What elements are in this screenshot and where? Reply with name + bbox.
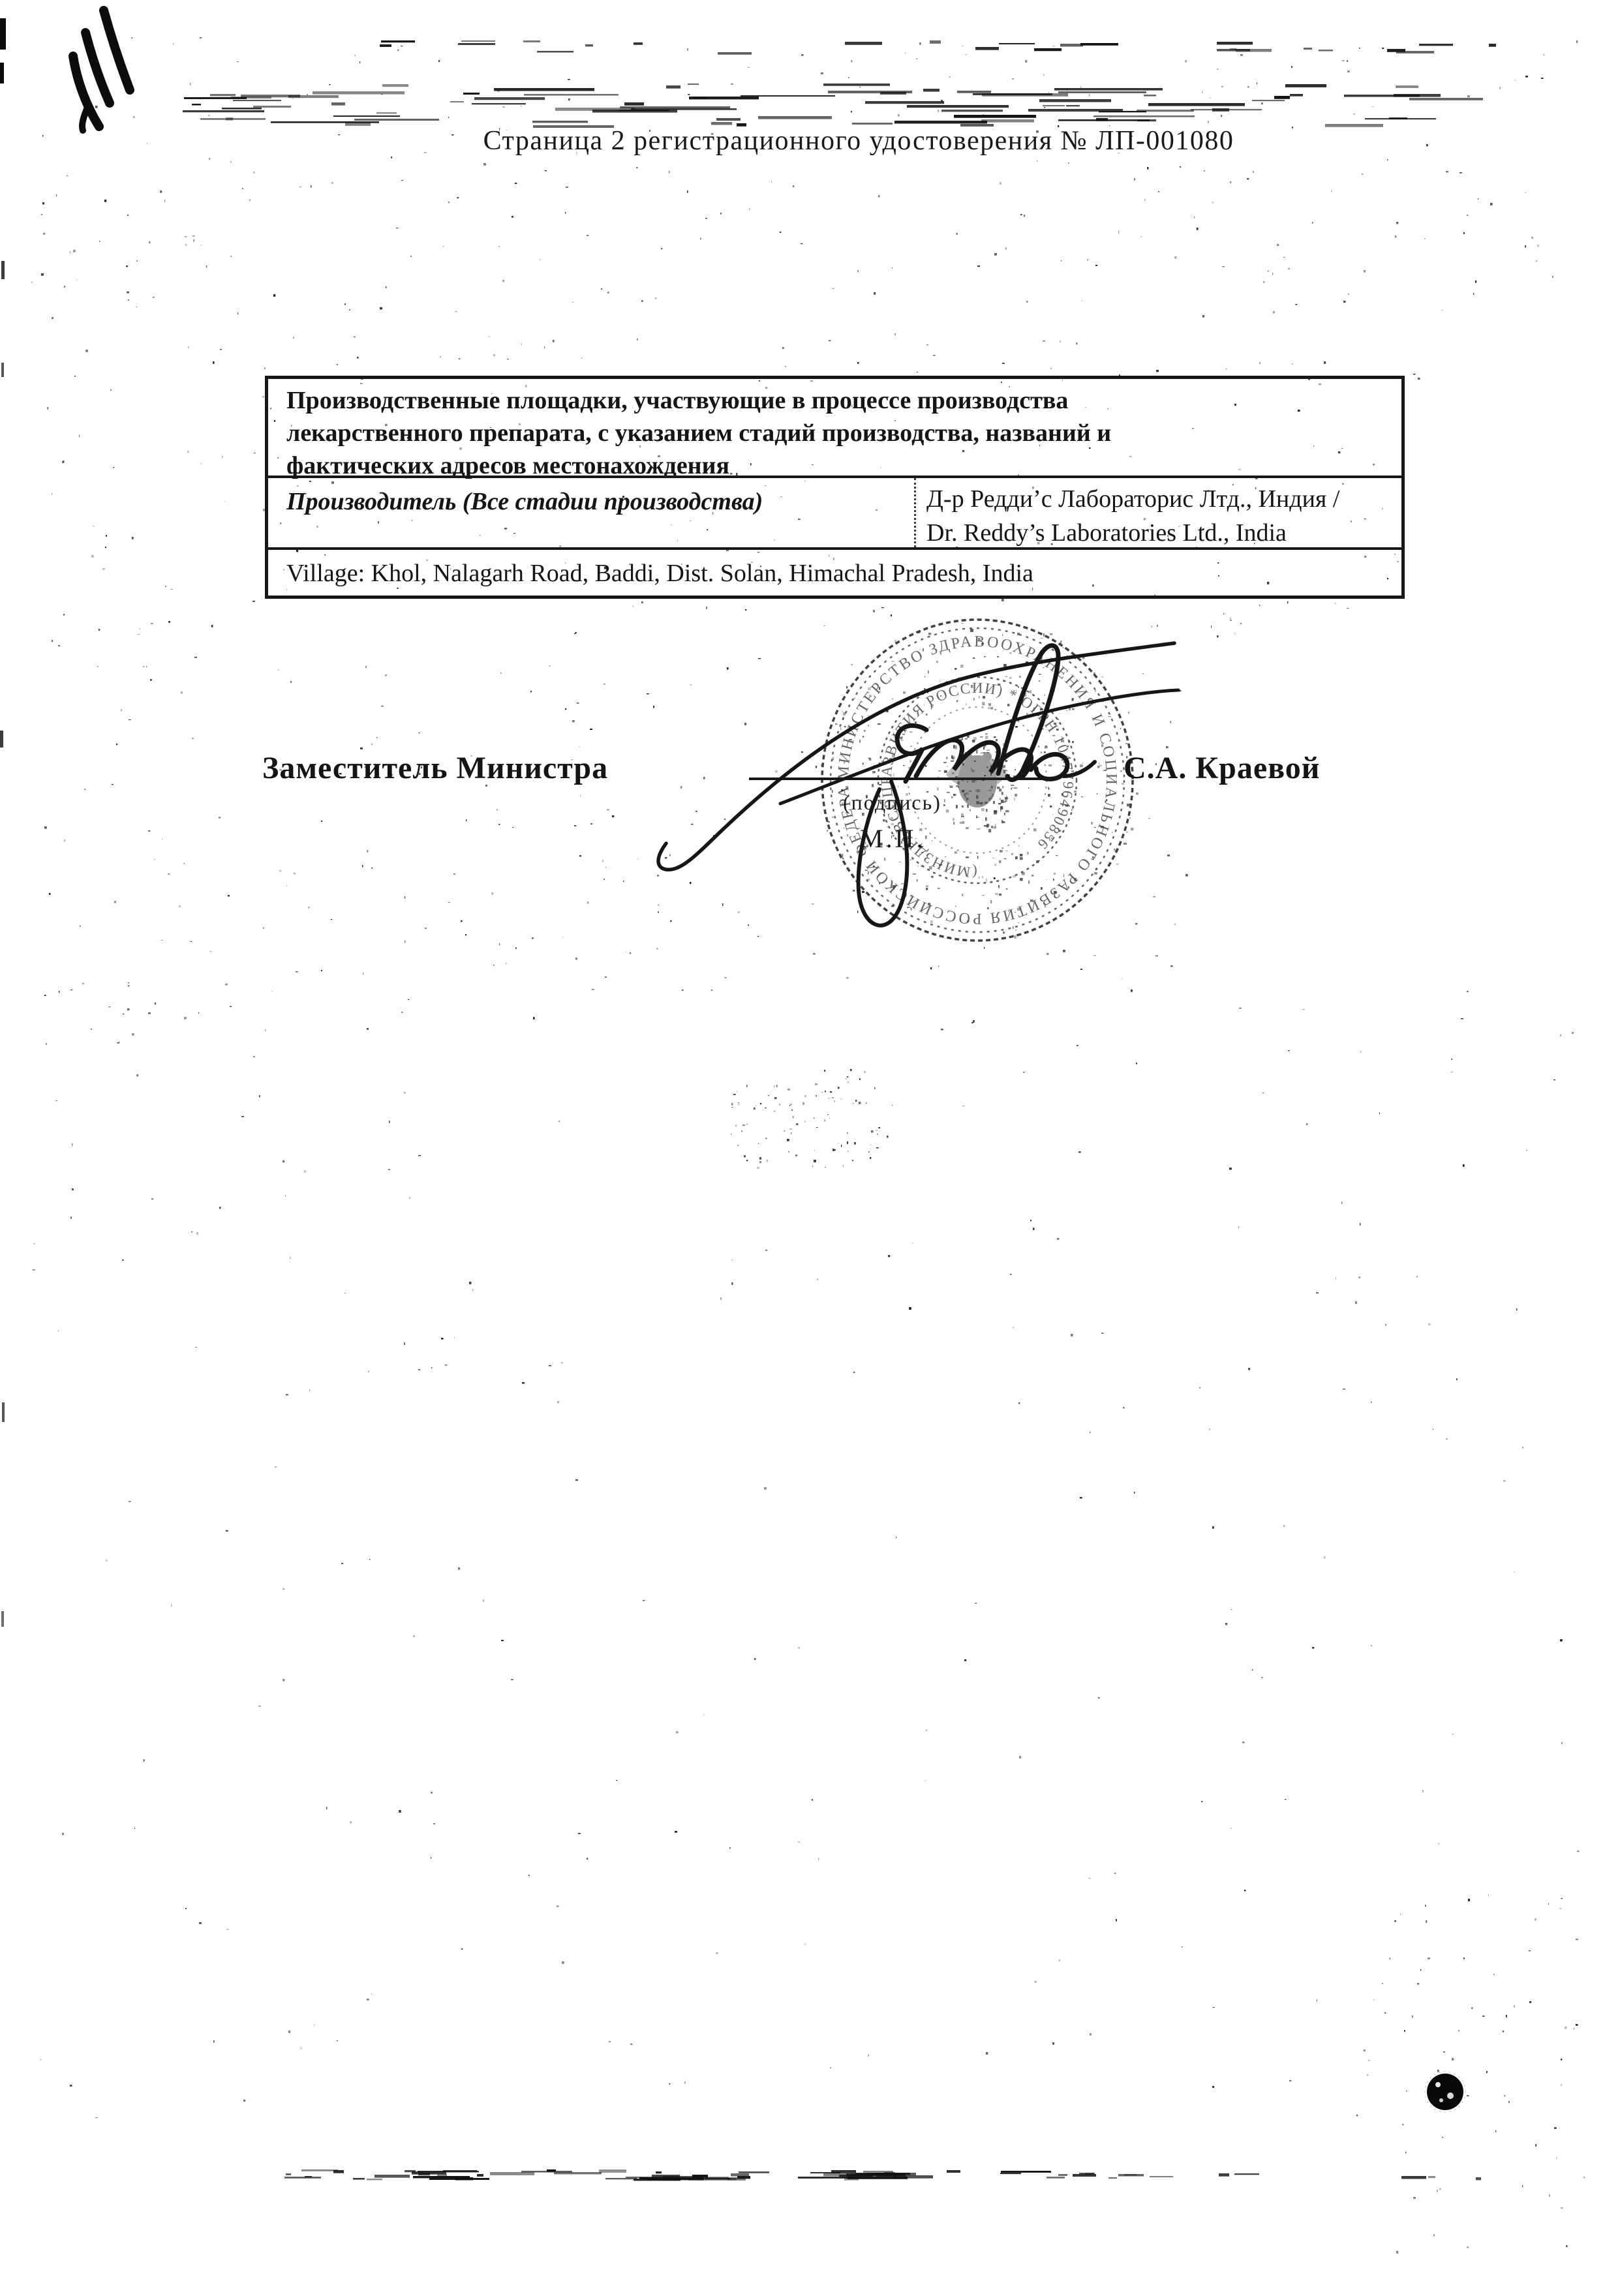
pen-marks <box>73 10 130 130</box>
signatory-name: С.А. Краевой <box>1123 750 1320 786</box>
scanned-certificate-page: Страница 2 регистрационного удостоверени… <box>0 0 1605 2296</box>
producer-value-cell: Д-р Редди’с Лабораторис Лтд., Индия / Dr… <box>914 478 1401 547</box>
signature-strokes <box>658 643 1178 926</box>
producer-name-en: Dr. Reddy’s Laboratories Ltd., India <box>926 516 1399 550</box>
scan-noise-bands <box>183 40 1496 2181</box>
signature-line <box>749 778 1054 780</box>
scan-noise-speckles <box>31 37 1585 2254</box>
signatory-title: Заместитель Министра <box>262 750 608 786</box>
production-sites-table: Производственные площадки, участвующие в… <box>265 376 1405 599</box>
punch-hole <box>1425 2072 1465 2112</box>
left-edge-marks <box>0 18 6 1627</box>
signature-caption: (подпись) <box>843 791 941 815</box>
producer-name-ru: Д-р Редди’с Лабораторис Лтд., Индия / <box>926 482 1399 516</box>
scan-artifacts-overlay: МИНИСТЕРСТВО ЗДРАВООХРАНЕНИЯ И СОЦИАЛЬНО… <box>0 0 1605 2296</box>
table-header-cell: Производственные площадки, участвующие в… <box>268 379 1401 478</box>
seal-place-mark: М.П. <box>860 823 925 854</box>
producer-label-cell: Производитель (Все стадии производства) <box>268 478 914 547</box>
address-cell: Village: Khol, Nalagarh Road, Baddi, Dis… <box>268 550 1401 596</box>
producer-row: Производитель (Все стадии производства) … <box>268 478 1401 550</box>
page-title: Страница 2 регистрационного удостоверени… <box>457 125 1261 157</box>
